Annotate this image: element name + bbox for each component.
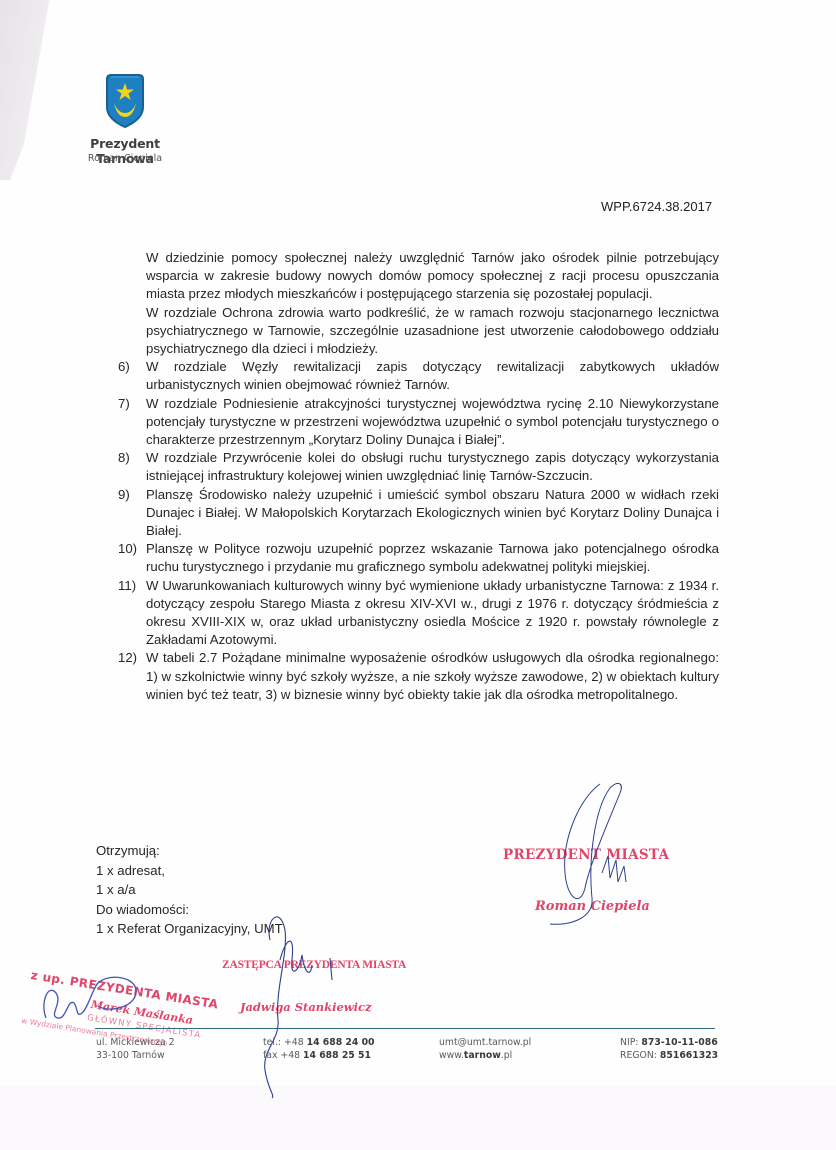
tarnow-coat-of-arms-icon xyxy=(103,73,147,129)
list-item: 11)W Uwarunkowaniach kulturowych winny b… xyxy=(146,577,719,650)
list-item: 7)W rozdziale Podniesienie atrakcyjności… xyxy=(146,395,719,450)
footer-rule xyxy=(95,1028,715,1029)
item-text: Planszę w Polityce rozwoju uzupełnić pop… xyxy=(146,540,719,576)
regon-label: REGON: xyxy=(620,1050,657,1061)
item-text: Planszę Środowisko należy uzupełnić i um… xyxy=(146,486,719,541)
list-item: 9)Planszę Środowisko należy uzupełnić i … xyxy=(146,486,719,541)
regon-line: REGON: 851661323 xyxy=(620,1049,718,1062)
email-link[interactable]: umt@umt.tarnow.pl xyxy=(439,1036,531,1049)
item-text: W rozdziale Podniesienie atrakcyjności t… xyxy=(146,395,719,450)
item-text: W tabeli 2.7 Pożądane minimalne wyposaże… xyxy=(146,649,719,704)
item-number: 10) xyxy=(118,540,144,558)
item-text: W rozdziale Przywrócenie kolei do obsług… xyxy=(146,449,719,485)
recipients-block: Otrzymują: 1 x adresat, 1 x a/a Do wiado… xyxy=(96,841,283,939)
address-city: 33-100 Tarnów xyxy=(96,1049,175,1062)
letter-body: W dziedzinie pomocy społecznej należy uw… xyxy=(146,249,719,704)
item-text: W Uwarunkowaniach kulturowych winny być … xyxy=(146,577,719,650)
nip-value: 873-10-11-086 xyxy=(641,1037,717,1048)
nip-line: NIP: 873-10-11-086 xyxy=(620,1036,718,1049)
reference-number: WPP.6724.38.2017 xyxy=(601,199,712,214)
deputy-stamp-title: ZASTĘPCA PREZYDENTA MIASTA xyxy=(222,959,406,971)
item-number: 8) xyxy=(118,449,144,467)
remarks-list: 6)W rozdziale Węzły rewitalizacji zapis … xyxy=(146,358,719,704)
web-prefix: www. xyxy=(439,1050,464,1061)
footer-phone: tel.: +48 14 688 24 00 fax +48 14 688 25… xyxy=(263,1036,375,1062)
nip-label: NIP: xyxy=(620,1037,638,1048)
letter-page: Prezydent Tarnowa Roman Ciepiela WPP.672… xyxy=(0,0,836,1150)
list-item: 6)W rozdziale Węzły rewitalizacji zapis … xyxy=(146,358,719,394)
cc-line: 1 x Referat Organizacyjny, UMT xyxy=(96,919,283,939)
recipients-heading: Otrzymują: xyxy=(96,841,283,861)
regon-value: 851661323 xyxy=(660,1050,718,1061)
web-domain: tarnow xyxy=(464,1050,501,1061)
recipient-line: 1 x a/a xyxy=(96,880,283,900)
web-suffix: .pl xyxy=(501,1050,512,1061)
item-number: 7) xyxy=(118,395,144,413)
org-person: Roman Ciepiela xyxy=(60,153,190,164)
body-paragraph: W dziedzinie pomocy społecznej należy uw… xyxy=(146,249,719,304)
recipient-line: 1 x adresat, xyxy=(96,861,283,881)
footer-address: ul. Mickiewicza 2 33-100 Tarnów xyxy=(96,1036,175,1062)
footer-web: umt@umt.tarnow.pl www.tarnow.pl xyxy=(439,1036,531,1062)
list-item: 8)W rozdziale Przywrócenie kolei do obsł… xyxy=(146,449,719,485)
item-number: 6) xyxy=(118,358,144,376)
cc-heading: Do wiadomości: xyxy=(96,900,283,920)
tel-label: tel.: +48 xyxy=(263,1037,304,1048)
item-number: 9) xyxy=(118,486,144,504)
body-paragraph: W rozdziale Ochrona zdrowia warto podkre… xyxy=(146,304,719,359)
item-number: 11) xyxy=(118,577,144,595)
address-street: ul. Mickiewicza 2 xyxy=(96,1036,175,1049)
fax-number: 14 688 25 51 xyxy=(303,1050,371,1061)
list-item: 12)W tabeli 2.7 Pożądane minimalne wypos… xyxy=(146,649,719,704)
tel-number: 14 688 24 00 xyxy=(307,1037,375,1048)
president-stamp-title: PREZYDENT MIASTA xyxy=(503,847,669,863)
list-item: 10)Planszę w Polityce rozwoju uzupełnić … xyxy=(146,540,719,576)
website-link[interactable]: www.tarnow.pl xyxy=(439,1049,531,1062)
fax-line: fax +48 14 688 25 51 xyxy=(263,1049,375,1062)
president-stamp-name: Roman Ciepiela xyxy=(535,899,650,914)
tel-line: tel.: +48 14 688 24 00 xyxy=(263,1036,375,1049)
footer-ids: NIP: 873-10-11-086 REGON: 851661323 xyxy=(620,1036,718,1062)
item-number: 12) xyxy=(118,649,144,667)
scan-bottom-tint xyxy=(0,1085,836,1150)
fax-label: fax +48 xyxy=(263,1050,300,1061)
deputy-stamp-name: Jadwiga Stankiewicz xyxy=(240,1000,372,1014)
item-text: W rozdziale Węzły rewitalizacji zapis do… xyxy=(146,358,719,394)
